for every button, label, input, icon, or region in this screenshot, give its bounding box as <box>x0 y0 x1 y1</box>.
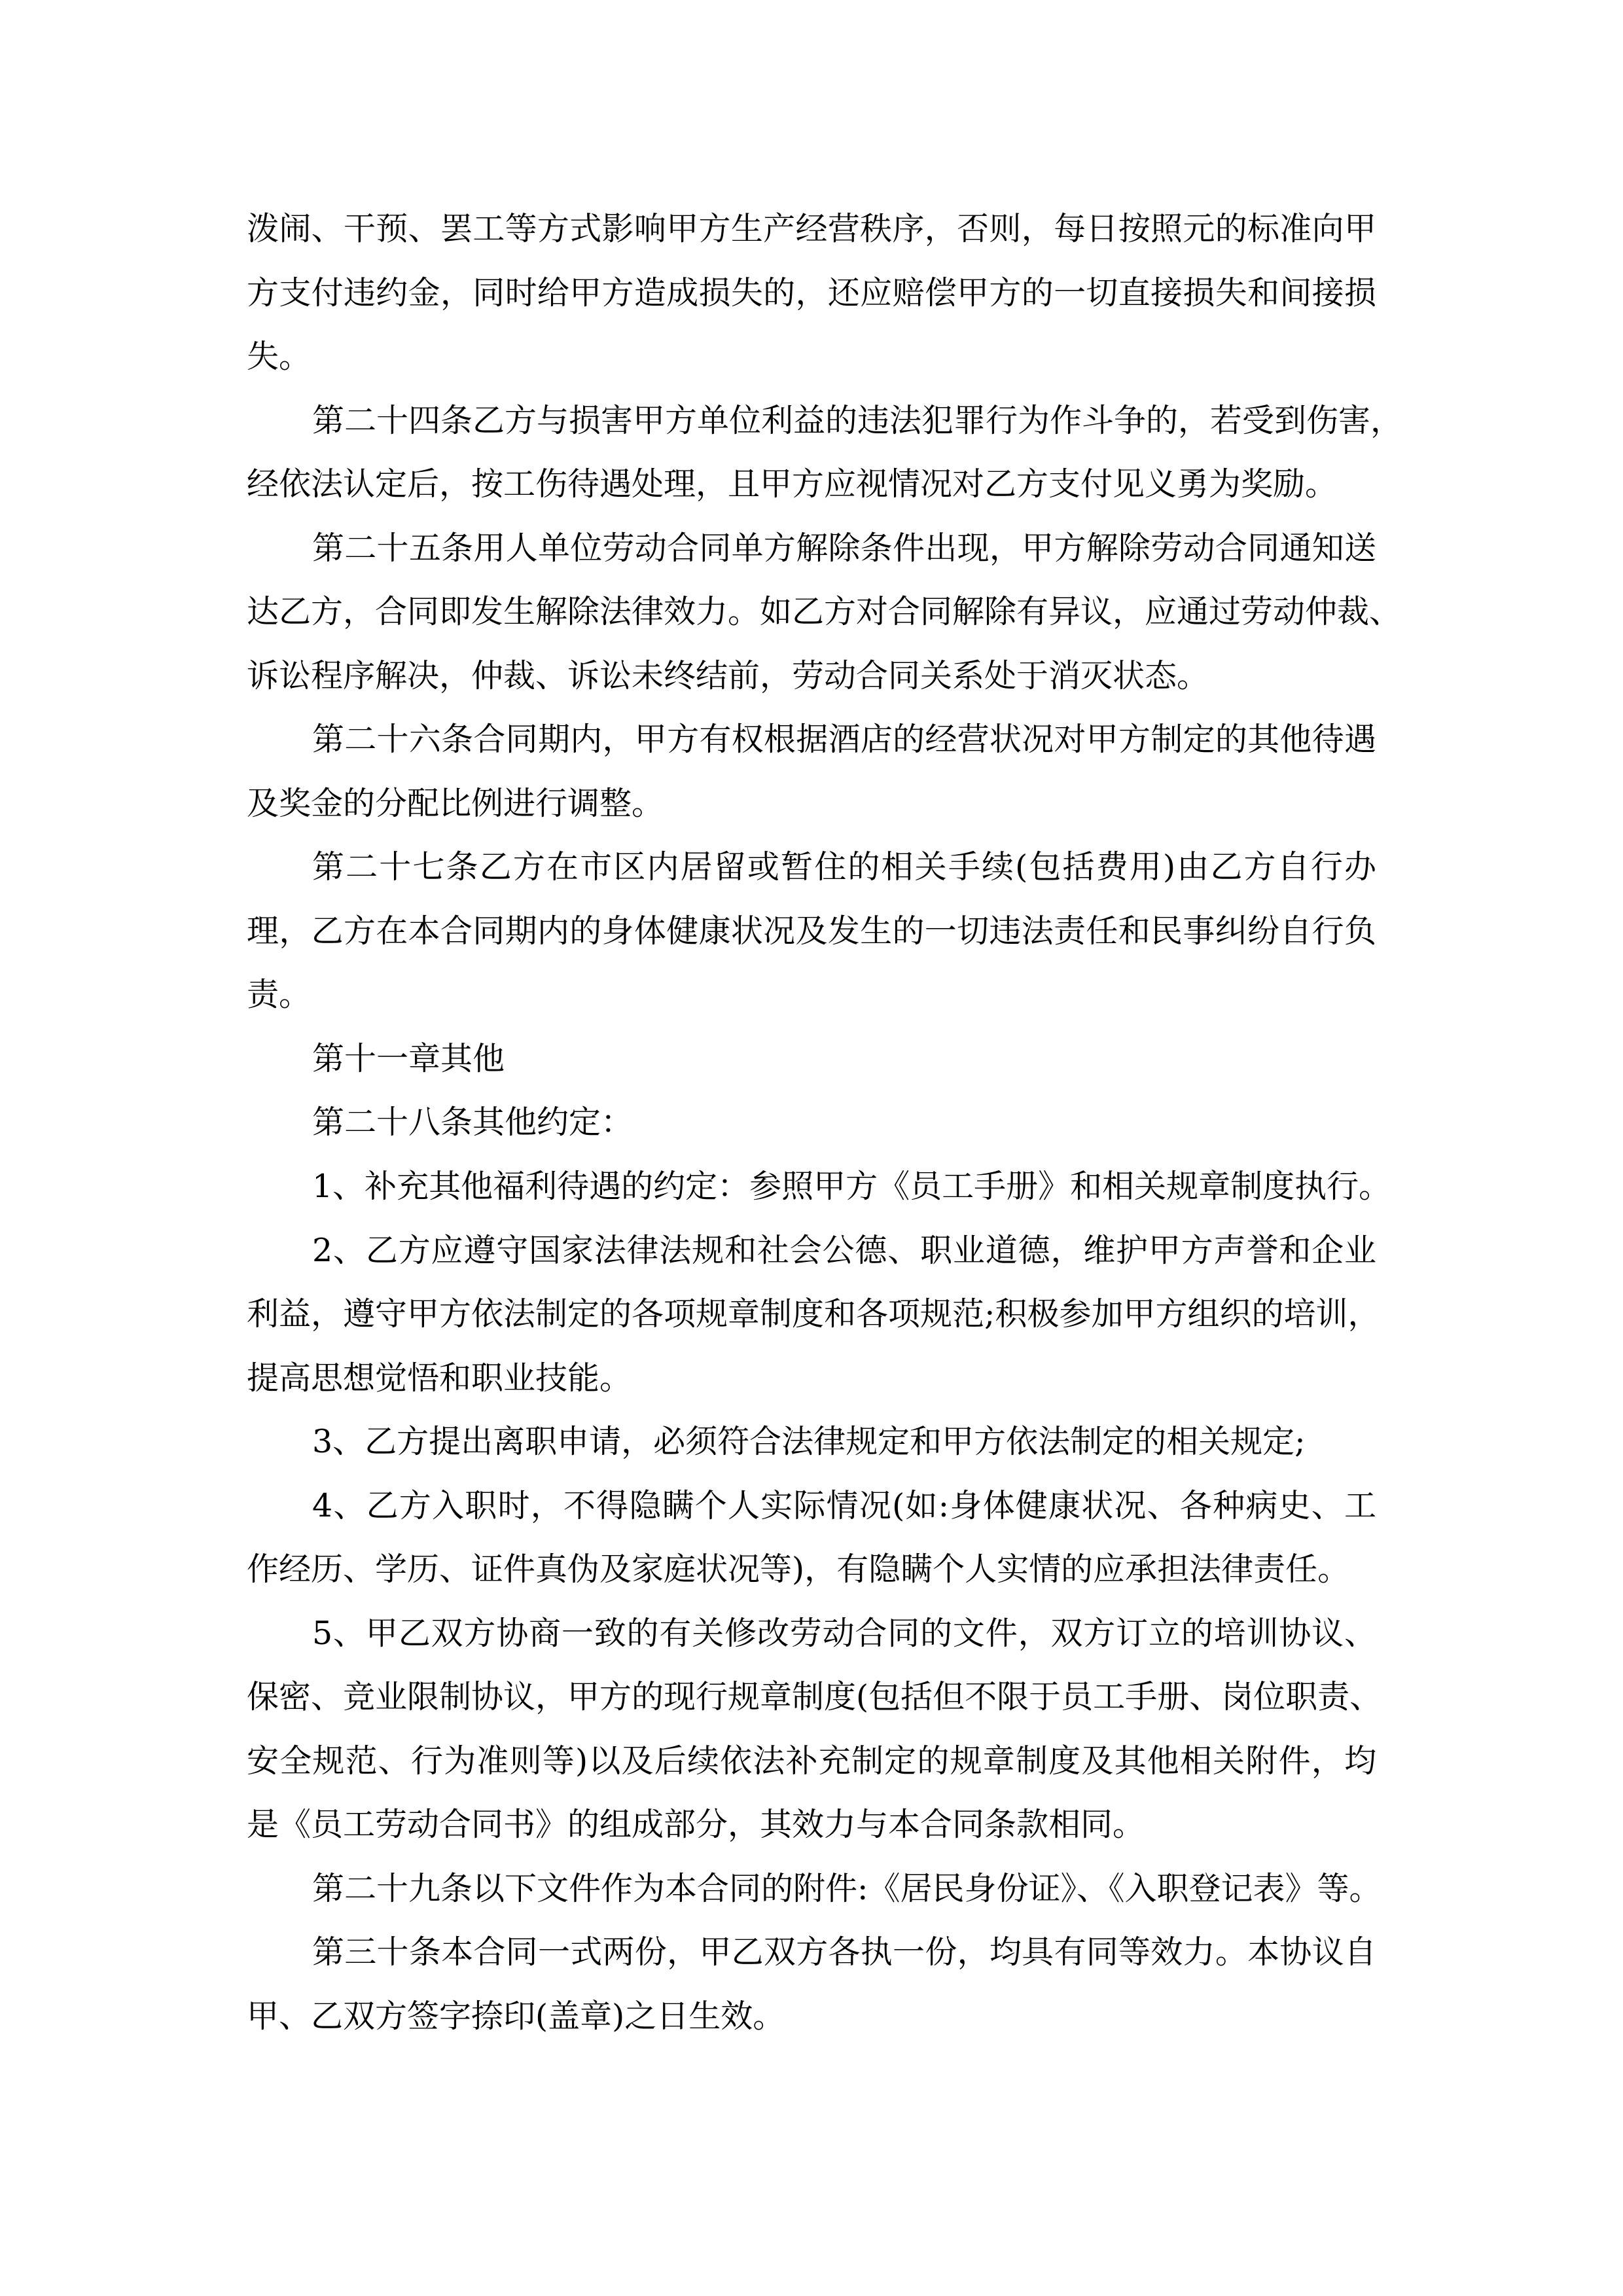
paragraph-article-23-continued: 泼闹、干预、罢工等方式影响甲方生产经营秩序，否则，每日按照元的标准向甲 方支付违… <box>247 197 1376 389</box>
text-line: 5、甲乙双方协商一致的有关修改劳动合同的文件，双方订立的培训协议、 <box>247 1602 1376 1666</box>
text-line: 泼闹、干预、罢工等方式影响甲方生产经营秩序，否则，每日按照元的标准向甲 <box>247 197 1376 261</box>
chapter-heading: 第十一章其他 <box>247 1027 1376 1091</box>
text-line: 作经历、学历、证件真伪及家庭状况等)，有隐瞒个人实情的应承担法律责任。 <box>247 1537 1376 1602</box>
text-line: 甲、乙双方签字捺印(盖章)之日生效。 <box>247 1984 1376 2049</box>
document-page: 泼闹、干预、罢工等方式影响甲方生产经营秩序，否则，每日按照元的标准向甲 方支付违… <box>0 0 1623 2296</box>
paragraph-article-29: 第二十九条以下文件作为本合同的附件:《居民身份证》、《入职登记表》等。 <box>247 1857 1376 1921</box>
text-line: 第二十四条乙方与损害甲方单位利益的违法犯罪行为作斗争的，若受到伤害， <box>247 389 1376 453</box>
text-line: 责。 <box>247 963 1376 1027</box>
text-line: 达乙方，合同即发生解除法律效力。如乙方对合同解除有异议，应通过劳动仲裁、 <box>247 580 1376 644</box>
paragraph-article-25: 第二十五条用人单位劳动合同单方解除条件出现，甲方解除劳动合同通知送 达乙方，合同… <box>247 516 1376 708</box>
text-line: 3、乙方提出离职申请，必须符合法律规定和甲方依法制定的相关规定; <box>247 1410 1376 1474</box>
text-line: 2、乙方应遵守国家法律法规和社会公德、职业道德，维护甲方声誉和企业 <box>247 1219 1376 1283</box>
list-item-5: 5、甲乙双方协商一致的有关修改劳动合同的文件，双方订立的培训协议、 保密、竞业限… <box>247 1602 1376 1857</box>
text-line: 失。 <box>247 325 1376 389</box>
text-line: 利益，遵守甲方依法制定的各项规章制度和各项规范;积极参加甲方组织的培训， <box>247 1282 1376 1346</box>
text-line: 理，乙方在本合同期内的身体健康状况及发生的一切违法责任和民事纠纷自行负 <box>247 899 1376 963</box>
text-line: 保密、竞业限制协议，甲方的现行规章制度(包括但不限于员工手册、岗位职责、 <box>247 1665 1376 1729</box>
text-line: 经依法认定后，按工伤待遇处理，且甲方应视情况对乙方支付见义勇为奖励。 <box>247 452 1376 516</box>
list-item-2: 2、乙方应遵守国家法律法规和社会公德、职业道德，维护甲方声誉和企业 利益，遵守甲… <box>247 1219 1376 1410</box>
text-line: 及奖金的分配比例进行调整。 <box>247 772 1376 836</box>
text-line: 是《员工劳动合同书》的组成部分，其效力与本合同条款相同。 <box>247 1793 1376 1857</box>
text-line: 安全规范、行为准则等)以及后续依法补充制定的规章制度及其他相关附件，均 <box>247 1729 1376 1793</box>
text-line: 提高思想觉悟和职业技能。 <box>247 1346 1376 1410</box>
document-body: 泼闹、干预、罢工等方式影响甲方生产经营秩序，否则，每日按照元的标准向甲 方支付违… <box>247 197 1376 2048</box>
text-line: 诉讼程序解决，仲裁、诉讼未终结前，劳动合同关系处于消灭状态。 <box>247 644 1376 708</box>
text-line: 第二十八条其他约定： <box>247 1090 1376 1155</box>
text-line: 4、乙方入职时，不得隐瞒个人实际情况(如:身体健康状况、各种病史、工 <box>247 1474 1376 1538</box>
list-item-3: 3、乙方提出离职申请，必须符合法律规定和甲方依法制定的相关规定; <box>247 1410 1376 1474</box>
text-line: 1、补充其他福利待遇的约定：参照甲方《员工手册》和相关规章制度执行。 <box>247 1155 1376 1219</box>
list-item-1: 1、补充其他福利待遇的约定：参照甲方《员工手册》和相关规章制度执行。 <box>247 1155 1376 1219</box>
text-line: 第三十条本合同一式两份，甲乙双方各执一份，均具有同等效力。本协议自 <box>247 1920 1376 1984</box>
chapter-title: 第十一章其他 <box>247 1027 1376 1091</box>
paragraph-article-27: 第二十七条乙方在市区内居留或暂住的相关手续(包括费用)由乙方自行办 理，乙方在本… <box>247 835 1376 1027</box>
paragraph-article-28: 第二十八条其他约定： <box>247 1090 1376 1155</box>
list-item-4: 4、乙方入职时，不得隐瞒个人实际情况(如:身体健康状况、各种病史、工 作经历、学… <box>247 1474 1376 1602</box>
text-line: 第二十七条乙方在市区内居留或暂住的相关手续(包括费用)由乙方自行办 <box>247 835 1376 899</box>
paragraph-article-26: 第二十六条合同期内，甲方有权根据酒店的经营状况对甲方制定的其他待遇 及奖金的分配… <box>247 708 1376 835</box>
paragraph-article-24: 第二十四条乙方与损害甲方单位利益的违法犯罪行为作斗争的，若受到伤害， 经依法认定… <box>247 389 1376 516</box>
text-line: 方支付违约金，同时给甲方造成损失的，还应赔偿甲方的一切直接损失和间接损 <box>247 261 1376 325</box>
text-line: 第二十六条合同期内，甲方有权根据酒店的经营状况对甲方制定的其他待遇 <box>247 708 1376 772</box>
paragraph-article-30: 第三十条本合同一式两份，甲乙双方各执一份，均具有同等效力。本协议自 甲、乙双方签… <box>247 1920 1376 2048</box>
text-line: 第二十五条用人单位劳动合同单方解除条件出现，甲方解除劳动合同通知送 <box>247 516 1376 581</box>
text-line: 第二十九条以下文件作为本合同的附件:《居民身份证》、《入职登记表》等。 <box>247 1857 1376 1921</box>
